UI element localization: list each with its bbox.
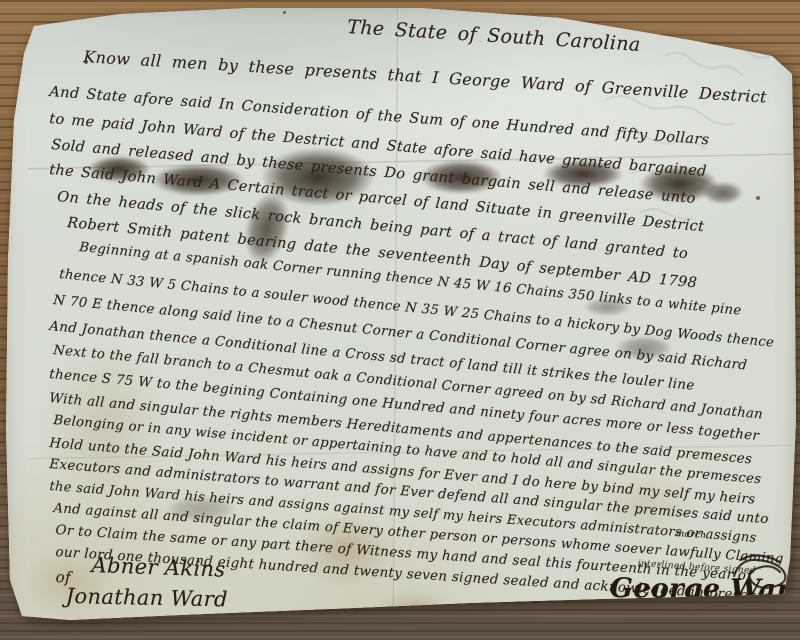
deed-title: The State of South Carolina	[347, 16, 642, 56]
interlined-word: march	[675, 529, 706, 541]
deed-paper: The State of South Carolina Know all men…	[0, 0, 800, 640]
seal-flourish	[726, 546, 796, 598]
speck	[283, 11, 286, 14]
ink-blot	[703, 182, 743, 204]
paper-shadow-wrap: The State of South Carolina Know all men…	[0, 0, 800, 640]
speck	[741, 27, 744, 30]
speck	[756, 196, 760, 200]
witness-signature: Abner Akins	[91, 553, 226, 582]
deed-photograph: The State of South Carolina Know all men…	[0, 0, 800, 640]
paper-stain	[376, 590, 452, 632]
witness-signature: Jonathan Ward	[65, 584, 228, 611]
